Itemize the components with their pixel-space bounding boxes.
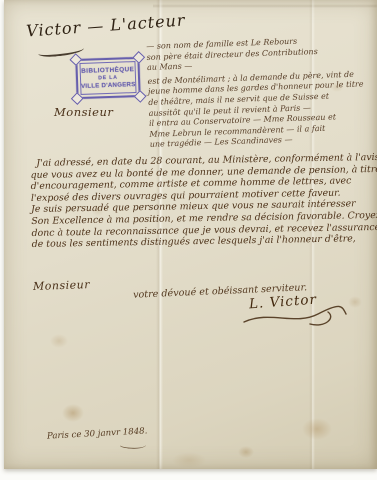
stamp-line-3: VILLE D'ANGERS bbox=[81, 81, 136, 90]
closing-salutation: Monsieur bbox=[33, 278, 90, 293]
stamp-line-1: BIBLIOTHÈQUE bbox=[81, 66, 134, 75]
library-stamp: BIBLIOTHÈQUE DE LA VILLE D'ANGERS bbox=[73, 55, 142, 101]
letter-salutation: Monsieur bbox=[54, 105, 113, 119]
scanned-letter-page: Victor — L'acteur BIBLIOTHÈQUE DE LA VIL… bbox=[0, 0, 377, 480]
stamp-text: BIBLIOTHÈQUE DE LA VILLE D'ANGERS bbox=[79, 61, 136, 95]
margin-notes: — son nom de famille est Le Rebours son … bbox=[146, 34, 376, 151]
letter-body: J'ai adressé, en date du 28 courant, au … bbox=[30, 152, 376, 251]
stamp-line-2: DE LA bbox=[98, 75, 118, 82]
